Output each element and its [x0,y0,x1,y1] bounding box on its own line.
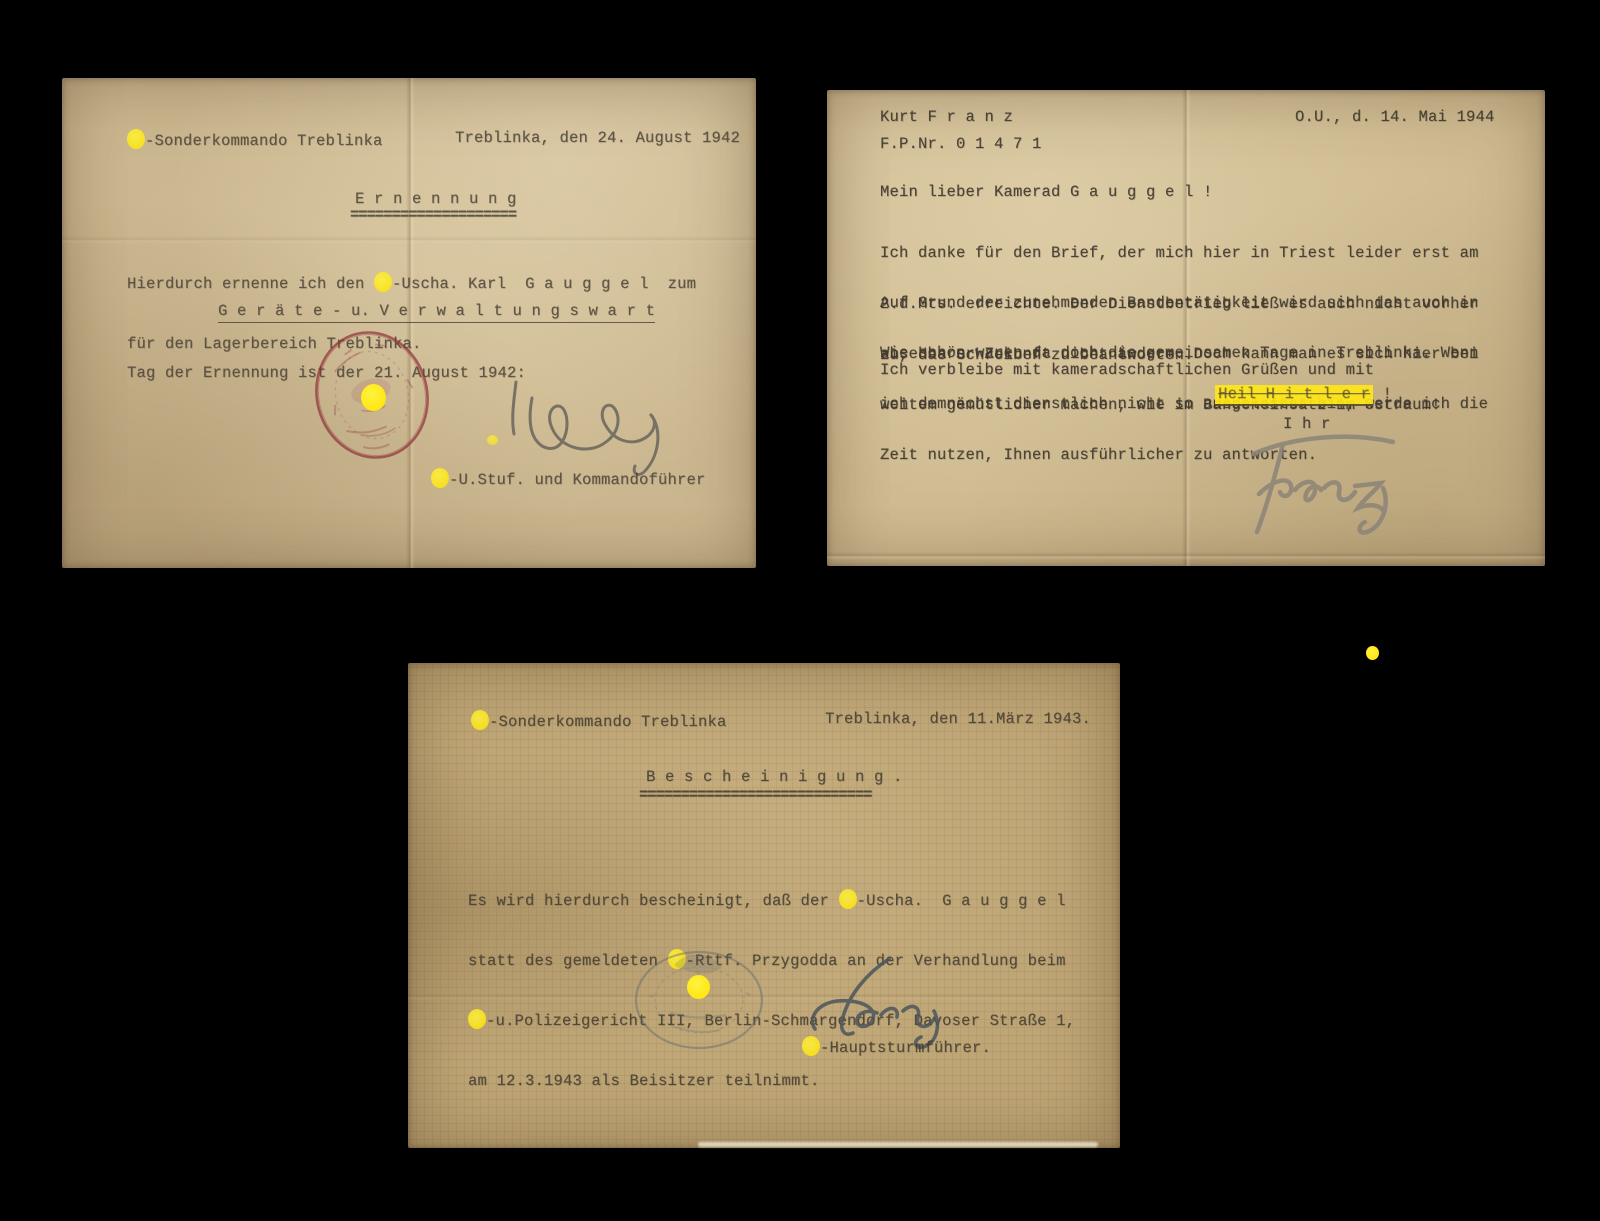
document-bescheinigung: -Sonderkommando Treblinka Treblinka, den… [408,663,1120,1148]
body-line-1-post: -Uscha. G a u g g e l [857,892,1066,910]
fieldpost-number: F.P.Nr. 0 1 4 7 1 [880,135,1042,153]
closing-salute-line: Heil H i t l e r ! [1215,385,1392,403]
signature-role-text: -U.Stuf. und Kommandoführer [449,471,706,489]
redaction-dot [471,710,489,730]
letterhead-unit-label: -Sonderkommando Treblinka [489,713,727,731]
salutation: Mein lieber Kamerad G a u g g e l ! [880,183,1213,201]
paragraph-line: ich demnächst dienstlich nicht so ausgel… [880,397,1488,412]
redaction-dot [374,272,392,292]
dateline: O.U., d. 14. Mai 1944 [1295,108,1495,126]
kommandofuehrer-signature [502,376,687,481]
title-underline: ==================== [350,206,516,224]
redaction-dot-stray [1366,646,1379,660]
sender-name: Kurt F r a n z [880,108,1013,126]
torn-edge [698,1142,1098,1147]
title-underline: ============================ [639,786,871,804]
document-franz-letter: Kurt F r a n z O.U., d. 14. Mai 1944 F.P… [827,90,1545,566]
paragraph-4: Ich verbleibe mit kameradschaftlichen Gr… [880,361,1374,379]
redaction-dot [361,384,386,411]
paragraph-line: Wie schön waren da doch die gemeinsamen … [880,346,1488,361]
paragraph-line: Auf Grund der zunehmenden Bandentätigkei… [880,296,1479,311]
fold-crease [62,236,756,244]
signature-role-line: -Hauptsturmführer. [802,1036,991,1057]
appointment-line: Hierdurch ernenne ich den -Uscha. Karl G… [127,272,696,293]
paragraph-line: Ich danke für den Brief, der mich hier i… [880,246,1479,261]
highlighted-heil-hitler: Heil H i t l e r [1215,385,1373,406]
appointment-line-post: -Uscha. Karl G a u g g e l zum [392,275,696,293]
letterhead-unit: -Sonderkommando Treblinka [127,129,383,150]
franz-signature [1225,428,1415,548]
document-ernennung: -Sonderkommando Treblinka Treblinka, den… [62,78,756,568]
redaction-dot [127,129,145,149]
redaction-dot [802,1036,820,1056]
blue-round-stamp [614,935,784,1065]
letterhead-unit-label: -Sonderkommando Treblinka [145,132,383,150]
redaction-dot [687,975,710,999]
fold-crease [827,552,1545,560]
scan-collage: -Sonderkommando Treblinka Treblinka, den… [0,0,1600,1221]
body-line-1: Es wird hierdurch bescheinigt, daß der -… [468,889,1075,913]
body-line-4: am 12.3.1943 als Beisitzer teilnimmt. [468,1069,1075,1093]
redaction-dot [468,1009,486,1029]
dateline: Treblinka, den 11.März 1943. [825,710,1091,728]
dateline: Treblinka, den 24. August 1942 [455,129,740,147]
scanned-documents-page: { "colors": { "background": "#000000", "… [0,0,1600,1221]
closing-exclaim: ! [1373,385,1392,403]
letterhead-unit: -Sonderkommando Treblinka [471,710,727,731]
appointment-line-pre: Hierdurch ernenne ich den [127,275,374,293]
signature-role-line: -U.Stuf. und Kommandoführer [431,468,706,489]
document-title: B e s c h e i n i g u n g . [646,768,903,786]
body-line-1-pre: Es wird hierdurch bescheinigt, daß der [468,892,839,910]
redaction-dot [431,468,449,488]
redaction-dot [839,889,857,909]
redaction-dot-small [487,435,498,445]
signature-role-text: -Hauptsturmführer. [820,1039,991,1057]
